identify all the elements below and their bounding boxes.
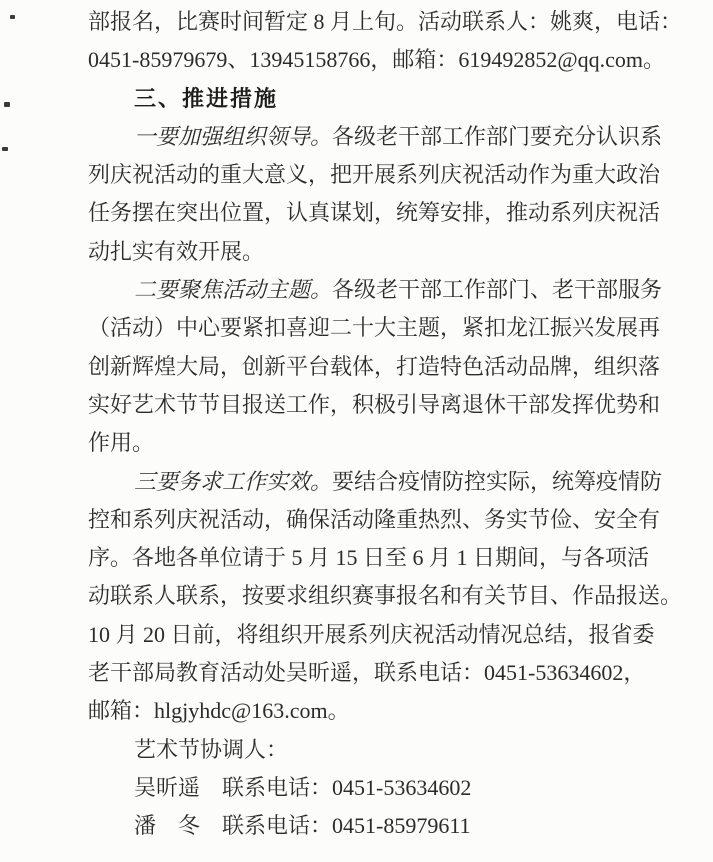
line-contact-continuation: 部报名，比赛时间暂定 8 月上旬。活动联系人：姚爽，电话： [88,3,632,41]
para1-line1: 一要加强组织领导。各级老干部工作部门要充分认识系 [88,118,632,156]
para1-line2: 列庆祝活动的重大意义，把开展系列庆祝活动作为重大政治 [88,156,632,194]
para1-line4: 动扎实有效开展。 [88,233,632,271]
para2-line2: （活动）中心要紧扣喜迎二十大主题，紧扣龙江振兴发展再 [88,309,632,347]
scanned-document-page: 部报名，比赛时间暂定 8 月上旬。活动联系人：姚爽，电话：0451-859796… [0,0,713,862]
text-segment: 三、推进措施 [134,86,278,111]
section-heading: 三、推进措施 [88,80,632,118]
text-segment: 一要加强组织领导。 [134,124,332,149]
coordinator-heading: 艺术节协调人： [88,731,632,769]
coordinator-2: 潘 冬 联系电话：0451-85979611 [88,807,632,845]
para3-line3: 序。各地各单位请于 5 月 15 日至 6 月 1 日期间，与各项活 [88,539,632,577]
text-segment: 潘 冬 联系电话：0451-85979611 [134,813,471,838]
text-segment: 作用。 [88,430,154,455]
text-segment: （活动）中心要紧扣喜迎二十大主题，紧扣龙江振兴发展再 [88,315,660,340]
para2-line3: 创新辉煌大局，创新平台载体，打造特色活动品牌，组织落 [88,348,632,386]
para3-line6: 老干部局教育活动处吴昕遥，联系电话：0451-53634602， [88,654,632,692]
coordinator-1: 吴昕遥 联系电话：0451-53634602 [88,769,632,807]
text-segment: 动联系人联系，按要求组织赛事报名和有关节目、作品报送。 [88,583,682,608]
text-segment: 老干部局教育活动处吴昕遥，联系电话：0451-53634602， [88,660,645,685]
text-segment: 三要务求工作实效。 [134,469,332,494]
text-segment: 艺术节协调人： [134,737,288,762]
scan-speck [4,102,10,107]
text-segment: 序。各地各单位请于 5 月 15 日至 6 月 1 日期间，与各项活 [88,545,649,570]
text-segment: 各级老干部工作部门要充分认识系 [332,124,662,149]
para3-line7: 邮箱：hlgjyhdc@163.com。 [88,692,632,730]
text-segment: 10 月 20 日前，将组织开展系列庆祝活动情况总结，报省委 [88,622,655,647]
text-segment: 创新辉煌大局，创新平台载体，打造特色活动品牌，组织落 [88,354,660,379]
text-segment: 列庆祝活动的重大意义，把开展系列庆祝活动作为重大政治 [88,162,660,187]
para3-line4: 动联系人联系，按要求组织赛事报名和有关节目、作品报送。 [88,577,632,615]
document-text-block: 部报名，比赛时间暂定 8 月上旬。活动联系人：姚爽，电话：0451-859796… [88,3,632,846]
text-segment: 各级老干部工作部门、老干部服务 [332,277,662,302]
text-segment: 控和系列庆祝活动，确保活动隆重热烈、务实节俭、安全有 [88,507,660,532]
para2-line5: 作用。 [88,424,632,462]
text-segment: 任务摆在突出位置，认真谋划，统筹安排，推动系列庆祝活 [88,200,660,225]
line-phone-email: 0451-85979679、13945158766，邮箱：619492852@q… [88,41,632,79]
text-segment: 0451-85979679、13945158766，邮箱：619492852@q… [88,47,665,72]
para3-line5: 10 月 20 日前，将组织开展系列庆祝活动情况总结，报省委 [88,616,632,654]
text-segment: 部报名，比赛时间暂定 8 月上旬。活动联系人：姚爽，电话： [88,9,682,34]
text-segment: 要结合疫情防控实际，统筹疫情防 [332,469,662,494]
scan-speck [2,147,8,151]
scan-speck [10,15,15,19]
text-segment: 动扎实有效开展。 [88,239,264,264]
para1-line3: 任务摆在突出位置，认真谋划，统筹安排，推动系列庆祝活 [88,194,632,232]
text-segment: 二要聚焦活动主题。 [134,277,332,302]
text-segment: 吴昕遥 联系电话：0451-53634602 [134,775,471,800]
para2-line4: 实好艺术节节目报送工作，积极引导离退休干部发挥优势和 [88,386,632,424]
para3-line2: 控和系列庆祝活动，确保活动隆重热烈、务实节俭、安全有 [88,501,632,539]
text-segment: 邮箱：hlgjyhdc@163.com。 [88,698,350,723]
text-segment: 实好艺术节节目报送工作，积极引导离退休干部发挥优势和 [88,392,660,417]
para2-line1: 二要聚焦活动主题。各级老干部工作部门、老干部服务 [88,271,632,309]
para3-line1: 三要务求工作实效。要结合疫情防控实际，统筹疫情防 [88,463,632,501]
